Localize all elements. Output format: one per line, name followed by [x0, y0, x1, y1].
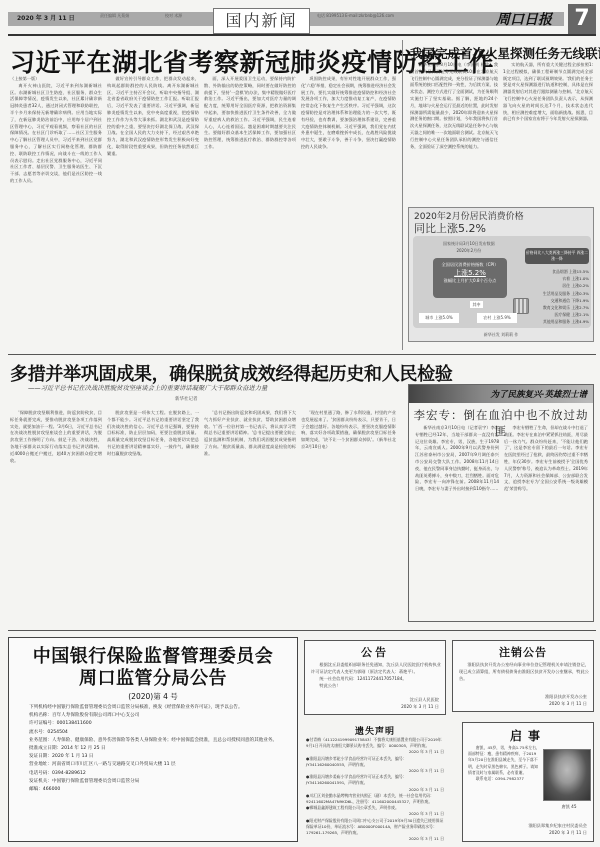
main-article-col-4: 巩固防控成果，有针对性地开展群众工作，强化'六稳'举措，稳定社会预期，统筹推进经…: [301, 76, 396, 350]
lost-notice-item: ●郸城县鑫源建筑工程有限公司公章丢失，声明作废。2020 年 3 月 11 日: [306, 805, 444, 817]
article-paragraph: '保障脱贫攻坚顺利推进，防返贫防致贫，目标任务就要完成，要推动脱贫攻坚各项工作落…: [10, 410, 102, 464]
article-paragraph: 脱贫攻坚是一项伟大工程。在脱贫路上，一个都不能少。习近平总书记的重要讲话坚定了我…: [107, 410, 199, 458]
shopping-basket-icon: [513, 298, 529, 314]
cpi-category-header: 价格同比八大类两涨三降持平 四涨二涨一降: [525, 248, 589, 264]
photo-caption: 唐凯 45: [547, 803, 591, 810]
poverty-subheadline: ——习近平总书记在决战决胜脱贫攻坚座谈会上的重要讲话凝聚广大干部群众奋进力量: [28, 383, 267, 392]
cpi-category-item: 居住 上涨0.2%: [525, 282, 589, 289]
poverty-article-col-1: '保障脱贫攻坚顺利推进，防返贫防致贫，目标任务就要完成，要推动脱贫攻坚各项工作落…: [10, 410, 102, 625]
lost-notice-item: ●川汇区刘金勤水晶烤鸭肉营业执照正（副）本丢失，统一社会信用代码：9241160…: [306, 793, 444, 805]
lost-notices-title: 遗失声明: [304, 724, 446, 737]
contact-tel: 电话 8199513: [317, 13, 344, 19]
hero-article: 为了民族复兴·英雄烈士谱 李宏专：倒在血泊中也不放过劫匪 新华社南京3月10日电…: [408, 384, 594, 622]
cbirc-field: 电话号码：0394-8289612: [17, 770, 295, 778]
ads-divider: [8, 630, 596, 631]
missing-notice-signature: 淮阳县郑集乡纪家庄村民委员会 2020 年 3 月 11 日: [528, 822, 587, 836]
masthead-rule: [8, 34, 596, 36]
missing-person-notice: 启事 唐凯，45岁，男，身高1.75米左右，面部特征：瘦，患有精神疾病，于201…: [462, 722, 594, 842]
proofreader-credit: 校对 术源: [165, 13, 182, 19]
mars-headline: 我国完成首次火星探测任务无线联试: [410, 44, 598, 62]
cbirc-title: 中国银行保险监督管理委员会 周口监管分局公告: [9, 646, 297, 690]
lost-notice-item: ●淮阳县冯塘乡姜庙小学食品经营许可证正本丢失，编号：JY341162600415…: [306, 774, 444, 793]
hospital-notice-title: 公告: [305, 644, 445, 660]
mars-article-col-1: 新华社北京3月10日电（李国利 杨欣）我国首次火星探测任务无线联试10日在北京航…: [410, 62, 498, 202]
cbirc-field: 机构名称：百年人寿保险股份有限公司周口中心支公司: [17, 712, 295, 720]
section-title: 国内新闻: [213, 8, 310, 34]
cbirc-field: 批准成立日期：2014 年 12 月 25 日: [17, 745, 295, 753]
missing-notice-title: 启事: [463, 727, 593, 744]
cpi-category-list: 食品烟酒 上涨15.5% 衣着 上涨1.0% 居住 上涨0.2% 生活用品及服务…: [525, 268, 589, 326]
column-divider: [402, 40, 403, 350]
cpi-urban: 城市 上涨5.0%: [419, 313, 459, 323]
cbirc-notice: 中国银行保险监督管理委员会 周口监管分局公告 (2020)第 4 号 下列机构经…: [8, 637, 298, 842]
article-paragraph: 巩固防控成果，有针对性地开展群众工作，强化'六稳'举措，稳定社会预期，统筹推进经…: [301, 76, 396, 151]
contact-email: E-mail:zkrbnb@126.com: [345, 13, 394, 18]
cpi-rural: 农村 上涨5.9%: [477, 313, 517, 323]
page-number: 7: [568, 4, 596, 34]
article-paragraph: '现在村里通了路，修了水利设施，村里的产业也发展起来了。'贫困群众纷纷表示，只要…: [301, 410, 396, 451]
poverty-article-col-4: '现在村里通了路，修了水利设施，村里的产业也发展起来了。'贫困群众纷纷表示，只要…: [301, 410, 396, 625]
hero-article-col-2: 李宏专牺牲了生命，但却在战斗中打退了劫匪。李宏专在血泊中紧紧抓住劫匪，用尽最后一…: [504, 425, 588, 617]
cpi-category-item: 教育文化和娱乐 上涨2.7%: [525, 304, 589, 311]
article-paragraph: 做好宣传引导群众工作，把群众发动起来，构筑起群防群控的人民防线。离开东湖新城社区…: [107, 76, 199, 158]
issue-date: 2020 年 3 月 11 日: [17, 13, 75, 22]
poverty-article-col-2: 脱贫攻坚是一项伟大工程。在脱贫路上，一个都不能少。习近平总书记的重要讲话坚定了我…: [107, 410, 199, 625]
cancellation-notice-body: 淮阳县扶贫开发办公室经向事业单位登记管理机关申请注销登记，现已成立清算组，所有债…: [459, 661, 589, 682]
article-paragraph: 面，深入开展爱国卫生运动，要保持内防扩散、外防输出的防控策略，同时要在做好防控的…: [204, 76, 296, 151]
article-paragraph: 新华社南京3月10日电（记者袁宇）李宏专牺牲已经12年，当地干部群众一直没有忘记…: [415, 425, 499, 493]
cbirc-body: 下列机构经中国银行保险监督管理委员会周口监管分局核准，换发《经营保险业务许可证》…: [17, 704, 295, 794]
newspaper-logo: 周口日报: [496, 9, 552, 29]
main-article-col-2: 做好宣传引导群众工作，把群众发动起来，构筑起群防群控的人民防线。离开东湖新城社区…: [107, 76, 199, 350]
cpi-category-item: 食品烟酒 上涨15.5%: [525, 268, 589, 275]
cpi-category-item: 衣着 上涨1.0%: [525, 275, 589, 282]
cbirc-field: 邮编：466000: [17, 786, 295, 794]
cpi-source: 国家统计局3月10日发布数据 2020年2月份: [443, 240, 495, 254]
lost-notice-item: ●淮阳县冯塘乡苇砣小学食品经营许可证正本丢失，编号：JY341162600405…: [306, 756, 444, 775]
hero-article-col-1: 新华社南京3月10日电（记者袁宇）李宏专牺牲已经12年，当地干部群众一直没有忘记…: [415, 425, 499, 617]
mars-article-col-2: 实的航天器，所有重大关键过程全部按照1:1全过程模拟，确保工程研制节点圆满完成全…: [503, 62, 593, 202]
cpi-among-label: 其中: [470, 301, 483, 308]
lost-notices-list: ●付青梅（411224199909175843）不慎将太康恒基置业有限公司于20…: [306, 737, 444, 842]
lost-notice-item: ●付青梅（411224199909175843）不慎将太康恒基置业有限公司于20…: [306, 737, 444, 756]
cpi-infographic: 2020年2月份居民消费价格 同比上涨5.2% 国家统计局3月10日发布数据 2…: [408, 207, 594, 342]
missing-person-photo: [543, 749, 591, 801]
cbirc-field: 发证机关：中国银行保险监督管理委员会周口监管分局: [17, 778, 295, 786]
poverty-article-col-3: '总书记指出防返贫和巩固成果，我们将下大气力抓好产业扶贫、就业扶贫，帮助贫困群众…: [204, 410, 296, 625]
main-article-col-1: （上接第一版） 离开火神山医院，习近平来到东湖新城社区。东湖新城社区卫生防疫、社…: [10, 76, 102, 350]
cancellation-notice-signature: 淮阳县扶贫开发办公室 2020 年 3 月 11 日: [545, 693, 587, 707]
cbirc-field: 流水号：0254504: [17, 729, 295, 737]
section-divider: [8, 354, 596, 355]
cpi-title: 2020年2月份居民消费价格 同比上涨5.2%: [414, 212, 524, 234]
masthead: 2020 年 3 月 11 日 责任编辑 凡菊娟 校对 术源 国内新闻 电话 8…: [0, 0, 600, 40]
editor-credit: 责任编辑 凡菊娟: [100, 13, 129, 19]
article-paragraph: 离开火神山医院，习近平来到东湖新城社区。东湖新城社区卫生防疫、社区服务、群众生活…: [10, 83, 102, 185]
cpi-category-item: 生活用品及服务 上涨0.3%: [525, 290, 589, 297]
article-paragraph: 李宏专牺牲了生命，但却在战斗中打退了劫匪。李宏专在血泊中紧紧抓住劫匪，用尽最后一…: [504, 425, 588, 493]
cpi-category-item: 其他用品和服务 上涨4.9%: [525, 318, 589, 325]
hospital-notice: 公告 根据沈丘县委组织部职务任免通知，沈丘县人民医院医疗机构执业许可证法定代表人…: [304, 640, 446, 715]
cbirc-field: 许可证编号：000138411600: [17, 720, 295, 728]
cpi-panel: 国家统计局3月10日发布数据 2020年2月份 全国居民消费价格指数（CPI） …: [413, 236, 591, 328]
continued-note: （上接第一版）: [10, 76, 102, 83]
cpi-credit: 新华社发 刘莉莉 作: [409, 332, 593, 338]
article-paragraph: '总书记指出防返贫和巩固成果，我们将下大气力抓好产业扶贫、就业扶贫，帮助贫困群众…: [204, 410, 296, 458]
hero-banner-title: 为了民族复兴·英雄烈士谱: [491, 388, 587, 400]
hospital-notice-body: 根据沈丘县委组织部职务任免通知，沈丘县人民医院医疗机构执业许可证法定代表人变更为…: [311, 661, 441, 689]
cpi-category-item: 交通和通信 下降1.9%: [525, 297, 589, 304]
cancellation-notice-title: 注销公告: [453, 644, 593, 660]
main-headline: 习近平在湖北省考察新冠肺炎疫情防控工作: [10, 43, 395, 79]
cbirc-notice-number: (2020)第 4 号: [9, 691, 297, 702]
cpi-main-indicator: 全国居民消费价格指数（CPI） 上涨5.2% 涨幅比上月扩大0.8个百分点: [433, 258, 507, 298]
cpi-category-item: 医疗保健 上涨2.1%: [525, 311, 589, 318]
main-article-col-3: 面，深入开展爱国卫生运动，要保持内防扩散、外防输出的防控策略，同时要在做好防控的…: [204, 76, 296, 350]
hero-banner: 为了民族复兴·英雄烈士谱: [409, 385, 593, 403]
article-paragraph: 实的航天器，所有重大关键过程全部按照1:1全过程模拟，确保工程研制节点圆满完成全…: [503, 62, 593, 123]
missing-notice-body: 唐凯，45岁，男，身高1.75米左右，面部特征：瘦，患有精神疾病，于2019年5…: [468, 745, 540, 782]
lost-notices: 遗失声明 ●付青梅（411224199909175843）不慎将太康恒基置业有限…: [304, 720, 446, 842]
lost-notice-item: ●阳光财产保险股份有限公司周口中心支公司于2019年9月30日遗失已使用保证保险…: [306, 818, 444, 843]
cbirc-field: 发证日期：2020 年 1 月 13 日: [17, 753, 295, 761]
cbirc-field: 业务范围：人寿保险、健康保险、意外伤害保险等各类人身保险业务；经中国保监会批准，…: [17, 737, 295, 745]
hospital-notice-signature: 沈丘县人民医院 2020 年 3 月 11 日: [401, 696, 439, 710]
poverty-byline: 新华社记者: [175, 396, 198, 402]
cbirc-field: 营业地址：河南省周口市川汇区八一路与交通路交叉口外贸局大楼 11 层: [17, 761, 295, 769]
article-paragraph: 新华社北京3月10日电（李国利 杨欣）我国首次火星探测任务无线联试10日在北京航…: [410, 62, 498, 150]
cancellation-notice: 注销公告 淮阳县扶贫开发办公室经向事业单位登记管理机关申请注销登记，现已成立清算…: [452, 640, 594, 712]
